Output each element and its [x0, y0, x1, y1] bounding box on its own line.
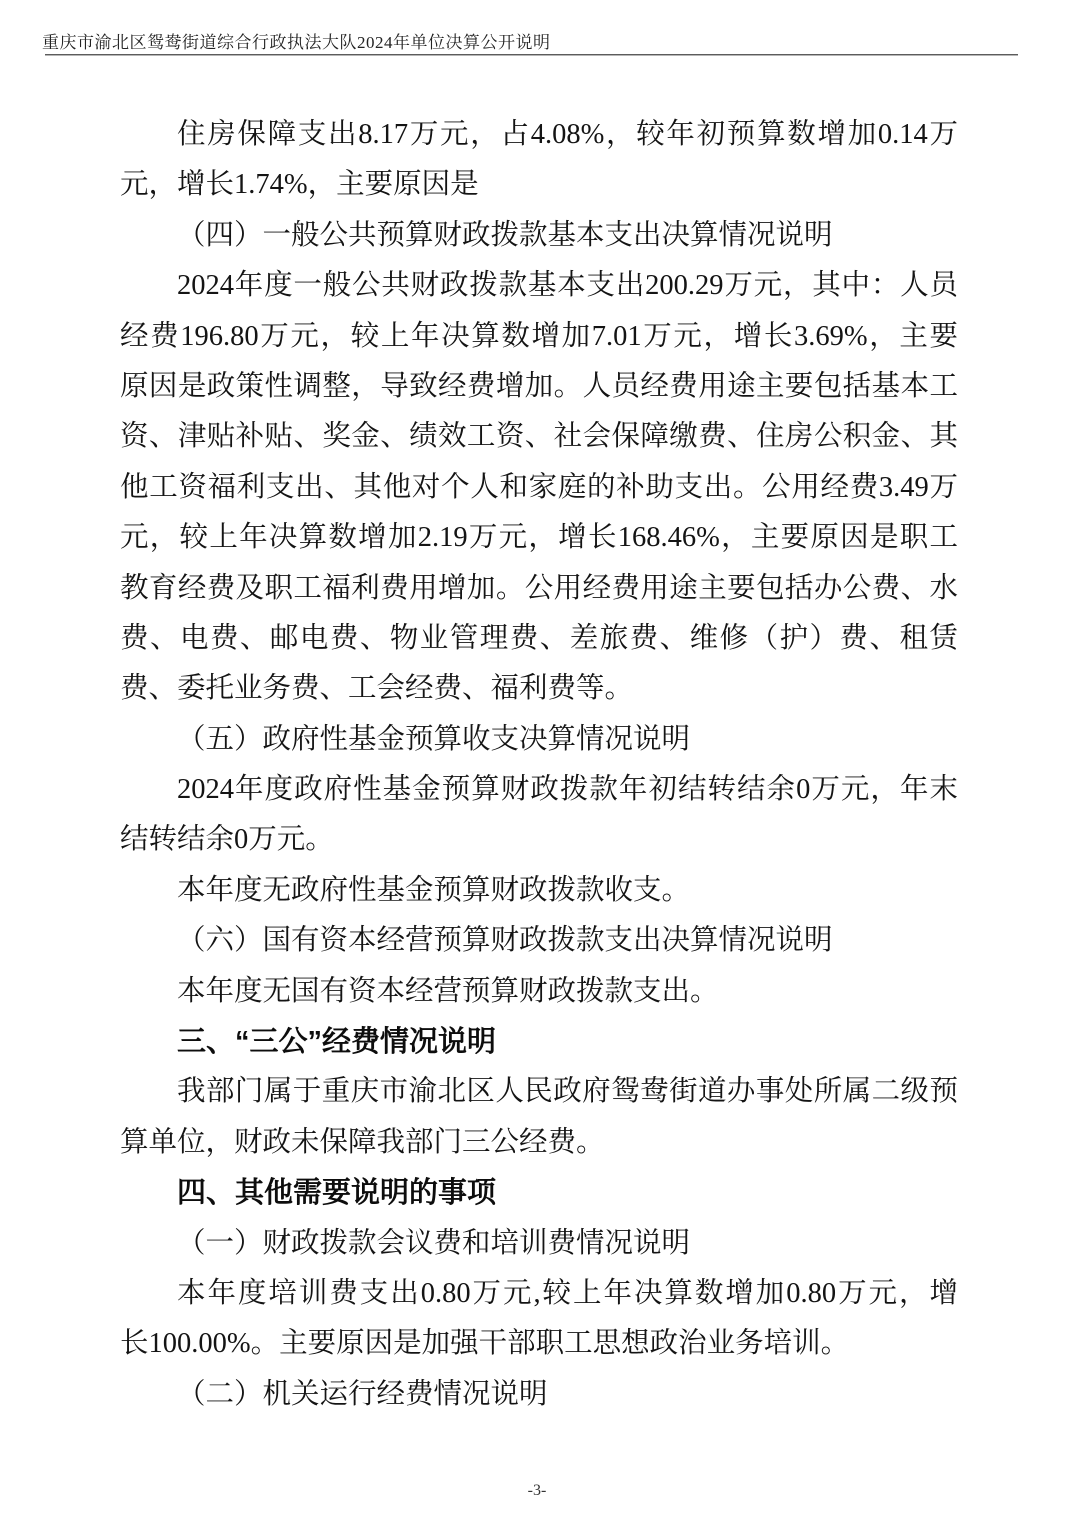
body-text-line: 住房保障支出8.17万元，占4.08%，较年初预算数增加0.14万 — [120, 110, 958, 160]
body-text-line: 本年度无政府性基金预算财政拨款收支。 — [120, 866, 958, 916]
header-divider-rule — [45, 54, 1018, 56]
page-header-title: 重庆市渝北区鸳鸯街道综合行政执法大队2024年单位决算公开说明 — [42, 33, 551, 53]
body-text-line: 元，较上年决算数增加2.19万元，增长168.46%，主要原因是职工 — [120, 513, 958, 563]
body-text-line: 2024年度政府性基金预算财政拨款年初结转结余0万元，年末 — [120, 765, 958, 815]
document-body: 住房保障支出8.17万元，占4.08%，较年初预算数增加0.14万元，增长1.7… — [120, 110, 958, 1420]
body-text-line: 教育经费及职工福利费用增加。公用经费用途主要包括办公费、水 — [120, 564, 958, 614]
body-text-line: 经费196.80万元，较上年决算数增加7.01万元，增长3.69%，主要 — [120, 312, 958, 362]
section-heading: 四、其他需要说明的事项 — [120, 1168, 958, 1218]
body-text-line: 2024年度一般公共财政拨款基本支出200.29万元，其中：人员 — [120, 261, 958, 311]
body-text-line: 算单位，财政未保障我部门三公经费。 — [120, 1118, 958, 1168]
document-page: 重庆市渝北区鸳鸯街道综合行政执法大队2024年单位决算公开说明 住房保障支出8.… — [0, 0, 1074, 1520]
body-text-line: 费、委托业务费、工会经费、福利费等。 — [120, 664, 958, 714]
subsection-heading: （一）财政拨款会议费和培训费情况说明 — [120, 1219, 958, 1269]
body-text-line: 原因是政策性调整，导致经费增加。人员经费用途主要包括基本工 — [120, 362, 958, 412]
body-text-line: 费、电费、邮电费、物业管理费、差旅费、维修（护）费、租赁 — [120, 614, 958, 664]
body-text-line: 元，增长1.74%，主要原因是 — [120, 160, 958, 210]
section-heading: 三、“三公”经费情况说明 — [120, 1017, 958, 1067]
subsection-heading: （二）机关运行经费情况说明 — [120, 1370, 958, 1420]
page-number: -3- — [0, 1482, 1074, 1500]
subsection-heading: （四）一般公共预算财政拨款基本支出决算情况说明 — [120, 211, 958, 261]
body-text-line: 长100.00%。主要原因是加强干部职工思想政治业务培训。 — [120, 1319, 958, 1369]
body-text-line: 结转结余0万元。 — [120, 815, 958, 865]
body-text-line: 本年度无国有资本经营预算财政拨款支出。 — [120, 967, 958, 1017]
subsection-heading: （六）国有资本经营预算财政拨款支出决算情况说明 — [120, 916, 958, 966]
body-text-line: 资、津贴补贴、奖金、绩效工资、社会保障缴费、住房公积金、其 — [120, 412, 958, 462]
body-text-line: 我部门属于重庆市渝北区人民政府鸳鸯街道办事处所属二级预 — [120, 1067, 958, 1117]
subsection-heading: （五）政府性基金预算收支决算情况说明 — [120, 715, 958, 765]
body-text-line: 本年度培训费支出0.80万元,较上年决算数增加0.80万元，增 — [120, 1269, 958, 1319]
body-text-line: 他工资福利支出、其他对个人和家庭的补助支出。公用经费3.49万 — [120, 463, 958, 513]
